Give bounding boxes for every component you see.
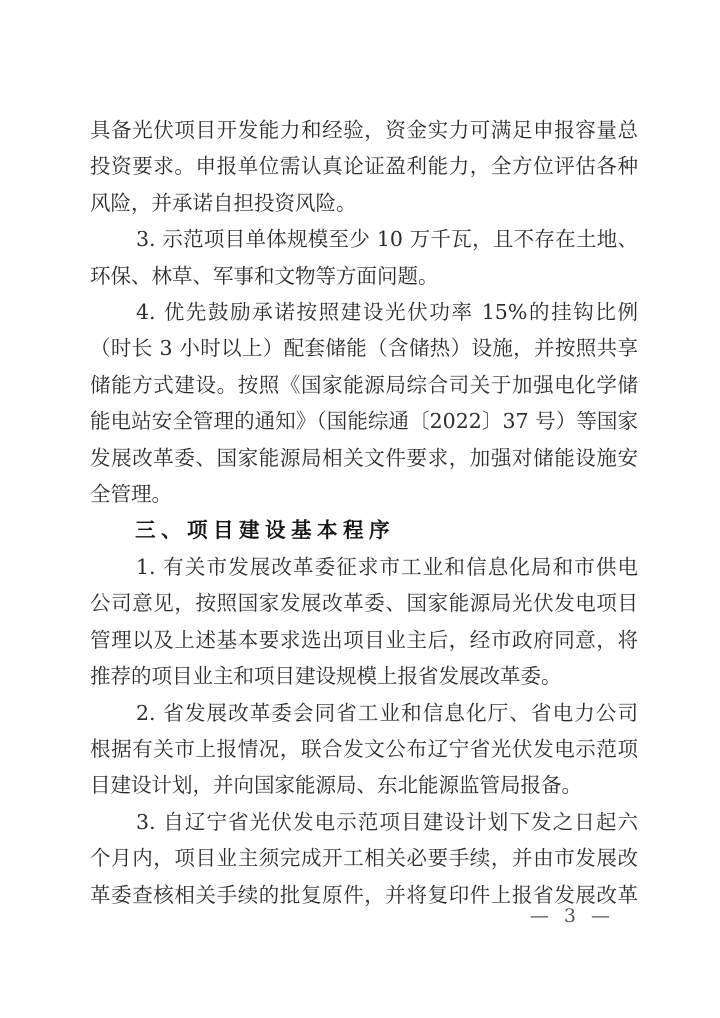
text-line: 储能方式建设。按照《国家能源局综合司关于加强电化学储 xyxy=(90,367,638,403)
text-line: 投资要求。申报单位需认真论证盈利能力，全方位评估各种 xyxy=(90,148,638,184)
text-line: 目建设计划，并向国家能源局、东北能源监管局报备。 xyxy=(90,767,638,803)
page-number: — 3 — xyxy=(530,903,610,929)
text-line: 具备光伏项目开发能力和经验，资金实力可满足申报容量总 xyxy=(90,112,638,148)
text-line: 4. 优先鼓励承诺按照建设光伏功率 15%的挂钩比例 xyxy=(90,294,638,330)
text-line: 根据有关市上报情况，联合发文公布辽宁省光伏发电示范项 xyxy=(90,731,638,767)
text-line: 公司意见，按照国家发展改革委、国家能源局光伏发电项目 xyxy=(90,585,638,621)
text-line: 管理以及上述基本要求选出项目业主后，经市政府同意，将 xyxy=(90,622,638,658)
body-text: 具备光伏项目开发能力和经验，资金实力可满足申报容量总投资要求。申报单位需认真论证… xyxy=(90,112,638,913)
text-line: 发展改革委、国家能源局相关文件要求，加强对储能设施安 xyxy=(90,440,638,476)
text-line: 3. 示范项目单体规模至少 10 万千瓦，且不存在土地、 xyxy=(90,221,638,257)
text-line: 3. 自辽宁省光伏发电示范项目建设计划下发之日起六 xyxy=(90,804,638,840)
text-line: 2. 省发展改革委会同省工业和信息化厅、省电力公司 xyxy=(90,695,638,731)
section-heading: 三、项目建设基本程序 xyxy=(90,512,638,548)
text-line: 风险，并承诺自担投资风险。 xyxy=(90,185,638,221)
text-line: 能电站安全管理的通知》（国能综通〔2022〕37 号）等国家 xyxy=(90,403,638,439)
document-page: 具备光伏项目开发能力和经验，资金实力可满足申报容量总投资要求。申报单位需认真论证… xyxy=(0,0,720,1018)
text-line: （时长 3 小时以上）配套储能（含储热）设施，并按照共享 xyxy=(90,330,638,366)
text-line: 全管理。 xyxy=(90,476,638,512)
text-line: 1. 有关市发展改革委征求市工业和信息化局和市供电 xyxy=(90,549,638,585)
text-line: 推荐的项目业主和项目建设规模上报省发展改革委。 xyxy=(90,658,638,694)
text-line: 个月内，项目业主须完成开工相关必要手续，并由市发展改 xyxy=(90,840,638,876)
text-line: 环保、林草、军事和文物等方面问题。 xyxy=(90,258,638,294)
